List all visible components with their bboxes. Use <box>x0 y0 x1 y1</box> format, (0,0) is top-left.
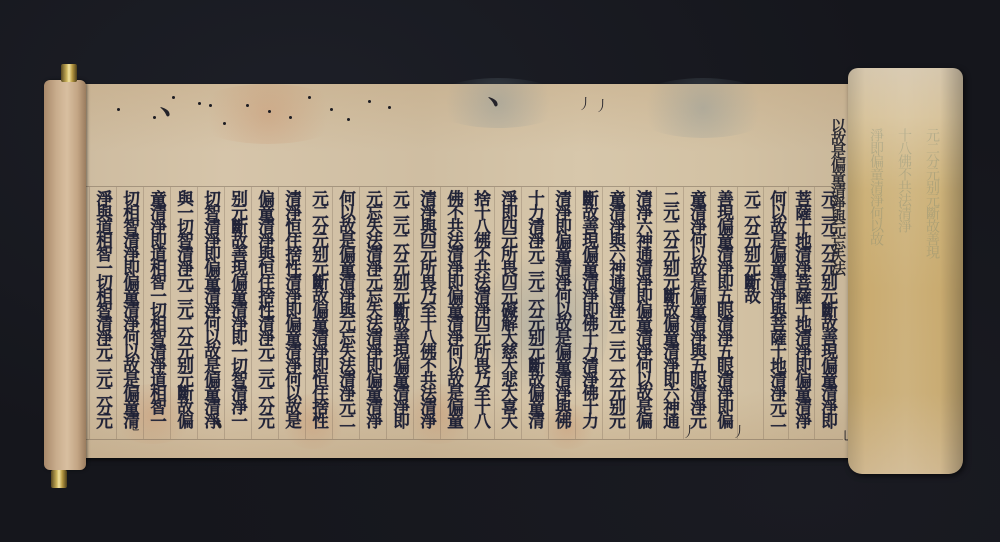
wormhole <box>347 118 350 121</box>
bleed-through-text: 十八佛不共法清淨 <box>898 128 914 448</box>
rolled-scroll: 淨即偏童清淨何以故 十八佛不共法清淨 元二分元别元斷故善現 <box>848 68 963 474</box>
roller-knob-top <box>61 64 77 82</box>
column-text: 淨即四元所畏四元礙解大慈大悲大喜大 <box>495 190 522 426</box>
column-text: 元二元二分元别元斷故善現偏童清淨即 <box>387 190 414 426</box>
text-column: 元忘失法清淨元忘失法清淨即偏童清淨 <box>359 187 386 439</box>
text-column: 童清淨即道相智一切相智清淨道相智一 <box>143 187 170 439</box>
roller-knob-bottom <box>51 470 67 488</box>
text-column: 佛不共法清淨即偏童清淨何以故是偏童 <box>440 187 467 439</box>
text-column: 元二分元别元斷故偏童清淨即恒住捨性 <box>305 187 332 439</box>
text-column: 清淨六神通清淨即偏童清淨何以故是偏 <box>629 187 656 439</box>
margin-mark: 丿 <box>595 96 609 116</box>
column-text: 善現偏童清淨即五眼清淨五眼清淨即偏 <box>711 190 738 426</box>
column-text: 何以故是偏童清淨與元忘失法清淨元二 <box>333 190 360 426</box>
text-column: 童清淨何以故是偏童清淨與五眼清淨元 <box>683 187 710 439</box>
text-column: 淨與道相智一切相智清淨元二元二分元 <box>89 187 116 439</box>
column-text: 斷故善現偏童清淨即佛十力清淨佛十力 <box>576 190 603 426</box>
wormhole <box>172 96 175 99</box>
column-text: 淨與道相智一切相智清淨元二元二分元 <box>90 190 117 426</box>
wormhole <box>330 108 333 111</box>
text-column: 清淨即偏童清淨何以故是偏童清淨與佛 <box>548 187 575 439</box>
text-column: 偏童清淨與恒住捨性清淨元二元二分元 <box>251 187 278 439</box>
text-column: 切智清淨即偏童清淨何以故是偏童清淨 <box>197 187 224 439</box>
text-field: 元二元二分元别元斷故善現偏童清淨即 菩薩十地清淨菩薩十地清淨即偏童清淨 何以故是… <box>83 186 843 440</box>
text-column: 元二元二分元别元斷故善現偏童清淨即 <box>386 187 413 439</box>
column-text: 切智清淨即偏童清淨何以故是偏童清淨 <box>198 190 225 426</box>
text-column: 十力清淨元二元二分元别元斷故偏童清 <box>521 187 548 439</box>
wormhole <box>209 104 212 107</box>
text-column: 菩薩十地清淨菩薩十地清淨即偏童清淨 <box>788 187 815 439</box>
column-text: 元二分元别元斷故 <box>738 190 765 301</box>
column-text: 童清淨即道相智一切相智清淨道相智一 <box>144 190 171 426</box>
text-column: 清淨與四元所畏乃至十八佛不共法清淨 <box>413 187 440 439</box>
column-text: 别元斷故善現偏童清淨即一切智清淨一 <box>225 190 252 426</box>
column-text: 童清淨與六神通清淨元二元二分元别元 <box>603 190 630 426</box>
column-text: 元二分元别元斷故偏童清淨即恒住捨性 <box>306 190 333 426</box>
wormhole <box>388 106 391 109</box>
wormhole <box>223 122 226 125</box>
text-column: 切相智清淨即偏童清淨何以故是偏童清 <box>116 187 143 439</box>
text-column: 善現偏童清淨即五眼清淨五眼清淨即偏 <box>710 187 737 439</box>
wormhole <box>153 116 156 119</box>
text-column: 淨即四元所畏四元礙解大慈大悲大喜大 <box>494 187 521 439</box>
wormhole <box>289 116 292 119</box>
column-text: 佛不共法清淨即偏童清淨何以故是偏童 <box>441 190 468 426</box>
bleed-through-text: 淨即偏童清淨何以故 <box>870 128 886 448</box>
column-text: 元忘失法清淨元忘失法清淨即偏童清淨 <box>360 190 387 426</box>
text-column: 捨十八佛不共法清淨四元所畏乃至十八 <box>467 187 494 439</box>
column-text: 二元二分元别元斷故偏童清淨即六神通 <box>657 190 684 426</box>
text-column: 何以故是偏童清淨與元忘失法清淨元二 <box>332 187 359 439</box>
column-text: 十力清淨元二元二分元别元斷故偏童清 <box>522 190 549 426</box>
left-roller <box>44 80 86 470</box>
wormhole <box>117 108 120 111</box>
paper-stain <box>628 78 778 138</box>
roll-edge-column: 以故是偏童清淨與元忘失法 <box>829 118 849 438</box>
margin-mark: 丿 <box>578 94 592 114</box>
text-column: 元二分元别元斷故 <box>737 187 764 439</box>
text-column: 清淨恒住捨性清淨即偏童清淨何以故是 <box>278 187 305 439</box>
text-column: 何以故是偏童清淨與菩薩十地清淨元二 <box>763 187 790 439</box>
bleed-through-text: 元二分元别元斷故善現 <box>926 128 942 448</box>
column-text: 清淨與四元所畏乃至十八佛不共法清淨 <box>414 190 441 426</box>
column-text: 偏童清淨與恒住捨性清淨元二元二分元 <box>252 190 279 426</box>
column-text: 菩薩十地清淨菩薩十地清淨即偏童清淨 <box>789 190 816 426</box>
column-text: 捨十八佛不共法清淨四元所畏乃至十八 <box>468 190 495 426</box>
text-column: 與一切智清淨元二元二分元别元斷故偏 <box>170 187 197 439</box>
column-text: 與一切智清淨元二元二分元别元斷故偏 <box>171 190 198 426</box>
column-text: 切相智清淨即偏童清淨何以故是偏童清 <box>117 190 144 426</box>
margin-mark: ﹅ <box>158 102 172 122</box>
wormhole <box>368 100 371 103</box>
margin-mark: ﹅ <box>486 92 500 112</box>
wormhole <box>246 104 249 107</box>
column-text: 何以故是偏童清淨與菩薩十地清淨元二 <box>764 190 791 426</box>
column-text: 清淨恒住捨性清淨即偏童清淨何以故是 <box>279 190 306 426</box>
text-column: 二元二分元别元斷故偏童清淨即六神通 <box>656 187 683 439</box>
scroll-paper: ﹅ ﹅ 丿 丿 ㇄ ﹅ 丿 丿 ㇄ 元二元二分元别元斷故善現偏童清淨即 菩薩十地… <box>68 84 858 458</box>
wormhole <box>268 110 271 113</box>
column-text: 童清淨何以故是偏童清淨與五眼清淨元 <box>684 190 711 426</box>
text-column: 斷故善現偏童清淨即佛十力清淨佛十力 <box>575 187 602 439</box>
text-column: 童清淨與六神通清淨元二元二分元别元 <box>602 187 629 439</box>
column-text: 清淨六神通清淨即偏童清淨何以故是偏 <box>630 190 657 426</box>
wormhole <box>198 102 201 105</box>
paper-stain <box>188 84 348 144</box>
wormhole <box>308 96 311 99</box>
column-text: 清淨即偏童清淨何以故是偏童清淨與佛 <box>549 190 576 426</box>
text-column: 别元斷故善現偏童清淨即一切智清淨一 <box>224 187 251 439</box>
